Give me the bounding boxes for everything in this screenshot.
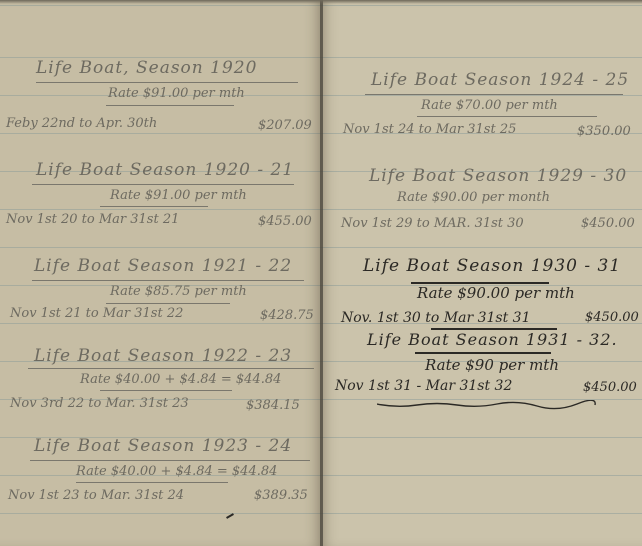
rate-underline	[417, 116, 597, 117]
entry-title: Life Boat, Season 1920	[36, 58, 257, 78]
entry-title: Life Boat Season 1929 - 30	[369, 166, 627, 186]
closing-wavy-underline	[377, 400, 597, 410]
entry-period: Nov 3rd 22 to Mar. 31st 23	[10, 396, 189, 411]
left-page: Life Boat, Season 1920 Rate $91.00 per m…	[0, 0, 321, 546]
entry-title: Life Boat Season 1930 - 31	[363, 256, 621, 276]
book-gutter	[320, 0, 323, 546]
entry-rate: Rate $90.00 per month	[397, 190, 550, 205]
entry-amount: $350.00	[577, 124, 631, 139]
rate-underline	[106, 303, 230, 304]
title-underline	[30, 460, 310, 461]
title-underline	[415, 352, 551, 354]
right-page: Life Boat Season 1924 - 25 Rate $70.00 p…	[321, 0, 642, 546]
entry-amount: $450.00	[583, 380, 637, 395]
entry-period: Nov 1st 24 to Mar 31st 25	[343, 122, 516, 137]
rate-underline	[100, 390, 232, 391]
entry-title: Life Boat Season 1931 - 32.	[367, 330, 618, 349]
entry-amount: $455.00	[258, 214, 312, 229]
title-underline	[365, 94, 623, 95]
entry-period: Nov. 1st 30 to Mar 31st 31	[341, 310, 530, 326]
entry-period: Nov 1st 20 to Mar 31st 21	[6, 212, 179, 227]
entry-amount: $450.00	[585, 310, 639, 325]
entry-rate: Rate $90 per mth	[425, 356, 559, 374]
entry-period: Nov 1st 31 - Mar 31st 32	[335, 378, 512, 394]
title-underline	[32, 184, 294, 185]
entry-rate: Rate $40.00 + $4.84 = $44.84	[80, 372, 281, 387]
entry-rate: Rate $91.00 per mth	[108, 86, 245, 101]
entry-period: Nov 1st 21 to Mar 31st 22	[10, 306, 183, 321]
entry-rate: Rate $85.75 per mth	[110, 284, 247, 299]
stray-pencil-mark	[226, 513, 234, 519]
entry-rate: Rate $70.00 per mth	[421, 98, 558, 113]
entry-rate: Rate $91.00 per mth	[110, 188, 247, 203]
rate-underline	[100, 206, 208, 207]
rate-underline	[106, 105, 234, 106]
entry-title: Life Boat Season 1922 - 23	[34, 346, 292, 366]
entry-title: Life Boat Season 1921 - 22	[34, 256, 292, 276]
entry-period: Feby 22nd to Apr. 30th	[6, 116, 157, 131]
notebook-spread: Life Boat, Season 1920 Rate $91.00 per m…	[0, 0, 642, 546]
entry-period: Nov 1st 29 to MAR. 31st 30	[341, 216, 524, 231]
title-underline	[32, 280, 304, 281]
entry-amount: $384.15	[246, 398, 300, 413]
entry-rate: Rate $40.00 + $4.84 = $44.84	[76, 464, 277, 479]
page-top-edge-shadow	[0, 0, 642, 4]
title-underline	[36, 82, 298, 83]
rate-underline	[76, 482, 228, 483]
entry-title: Life Boat Season 1920 - 21	[36, 160, 294, 180]
entry-amount: $428.75	[260, 308, 314, 323]
entry-amount: $450.00	[581, 216, 635, 231]
entry-amount: $207.09	[258, 118, 312, 133]
entry-amount: $389.35	[254, 488, 308, 503]
entry-rate: Rate $90.00 per mth	[417, 284, 575, 302]
entry-title: Life Boat Season 1924 - 25	[371, 70, 629, 90]
entry-title: Life Boat Season 1923 - 24	[34, 436, 292, 456]
entry-period: Nov 1st 23 to Mar. 31st 24	[8, 488, 184, 503]
title-underline	[28, 368, 314, 369]
